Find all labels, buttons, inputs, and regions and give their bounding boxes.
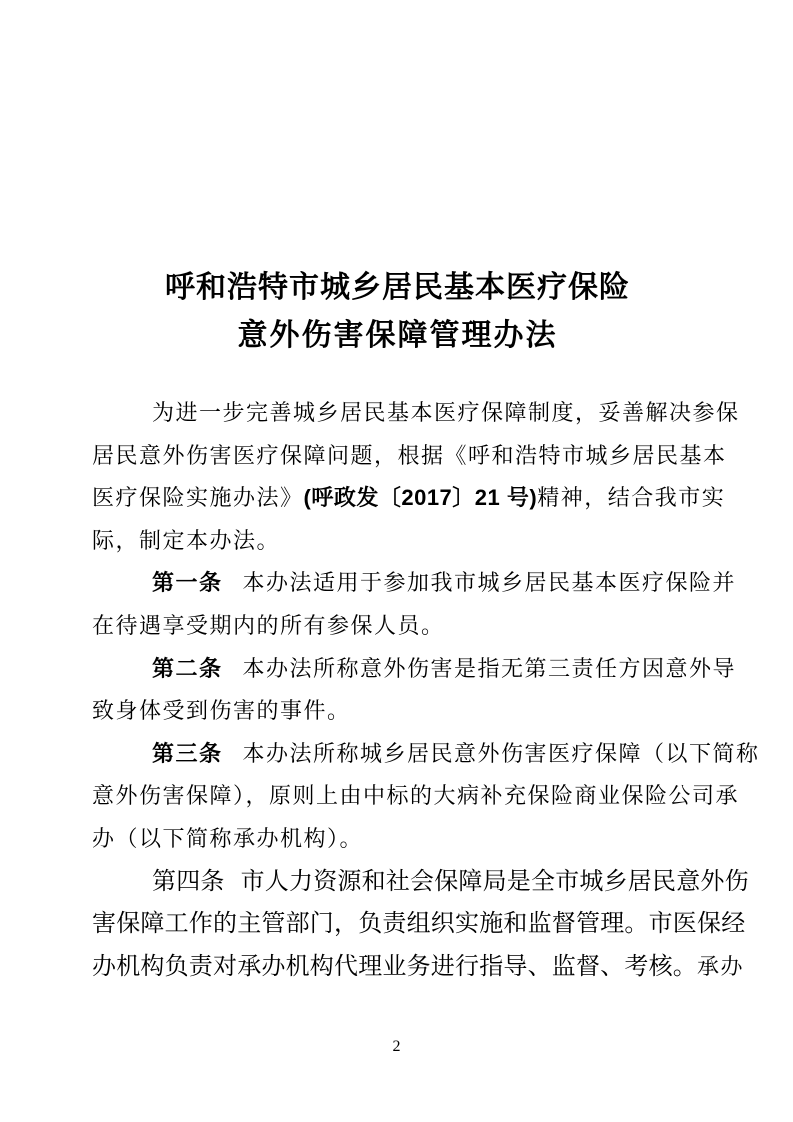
doc-title-line-2: 意外伤害保障管理办法	[92, 312, 703, 360]
article-4-line-1: 市人力资源和社会保障局是全市城乡居民意外伤	[241, 868, 749, 895]
text-line: 第三条本办法所称城乡居民意外伤害医疗保障（以下简称	[92, 733, 703, 776]
text-line: 第一条本办法适用于参加我市城乡居民基本医疗保险并	[92, 562, 703, 605]
article-1-line-1: 本办法适用于参加我市城乡居民基本医疗保险并	[243, 570, 737, 595]
document-citation: (呼政发〔2017〕21 号)	[304, 485, 538, 510]
article-3-label: 第三条	[152, 741, 223, 766]
intro-line-3-post: 精神，结合我市实	[537, 485, 725, 510]
article-4-line-3: 办机构负责对承办机构代理业务进行指导、监督、考核。	[92, 953, 697, 980]
text-line: 为进一步完善城乡居民基本医疗保障制度，妥善解决参保	[92, 392, 703, 435]
article-1-label: 第一条	[152, 570, 223, 595]
article-2-line-2: 致身体受到伤害的事件。	[92, 698, 351, 723]
text-line: 第四条市人力资源和社会保障局是全市城乡居民意外伤	[92, 861, 703, 904]
intro-line-4: 际，制定本办法。	[92, 528, 280, 553]
paragraph-article-3: 第三条本办法所称城乡居民意外伤害医疗保障（以下简称 意外伤害保障），原则上由中标…	[92, 733, 703, 861]
doc-body: 为进一步完善城乡居民基本医疗保障制度，妥善解决参保 居民意外伤害医疗保障问题，根…	[92, 392, 703, 988]
paragraph-article-4: 第四条市人力资源和社会保障局是全市城乡居民意外伤 害保障工作的主管部门，负责组织…	[92, 861, 703, 989]
doc-title: 呼和浩特市城乡居民基本医疗保险 意外伤害保障管理办法	[92, 0, 703, 360]
text-line: 害保障工作的主管部门，负责组织实施和监督管理。市医保经	[92, 903, 703, 946]
text-line: 第二条本办法所称意外伤害是指无第三责任方因意外导	[92, 648, 703, 691]
intro-line-1: 为进一步完善城乡居民基本医疗保障制度，妥善解决参保	[152, 400, 740, 425]
article-2-line-1: 本办法所称意外伤害是指无第三责任方因意外导	[243, 656, 737, 681]
text-line: 在待遇享受期内的所有参保人员。	[92, 605, 703, 648]
text-line: 办机构负责对承办机构代理业务进行指导、监督、考核。承办	[92, 946, 703, 989]
article-3-line-2: 意外伤害保障），原则上由中标的大病补充保险商业保险公司承	[92, 783, 739, 808]
paragraph-intro: 为进一步完善城乡居民基本医疗保障制度，妥善解决参保 居民意外伤害医疗保障问题，根…	[92, 392, 703, 562]
page-content: 呼和浩特市城乡居民基本医疗保险 意外伤害保障管理办法 为进一步完善城乡居民基本医…	[0, 0, 793, 988]
article-3-line-3: 办（以下简称承办机构）。	[92, 826, 363, 851]
page-number: 2	[0, 1038, 793, 1056]
article-3-line-1: 本办法所称城乡居民意外伤害医疗保障（以下简称	[243, 741, 760, 766]
document-page: 呼和浩特市城乡居民基本医疗保险 意外伤害保障管理办法 为进一步完善城乡居民基本医…	[0, 0, 793, 1122]
text-line: 际，制定本办法。	[92, 520, 703, 563]
article-4-line-3-tail: 承办	[697, 954, 744, 979]
doc-title-line-1: 呼和浩特市城乡居民基本医疗保险	[92, 264, 703, 312]
intro-line-2: 居民意外伤害医疗保障问题，根据《呼和浩特市城乡居民基本	[92, 443, 727, 468]
article-4-line-2: 害保障工作的主管部门，负责组织实施和监督管理。市医保经	[92, 910, 745, 937]
article-4-label: 第四条	[152, 868, 225, 895]
text-line: 居民意外伤害医疗保障问题，根据《呼和浩特市城乡居民基本	[92, 435, 703, 478]
paragraph-article-2: 第二条本办法所称意外伤害是指无第三责任方因意外导 致身体受到伤害的事件。	[92, 648, 703, 733]
paragraph-article-1: 第一条本办法适用于参加我市城乡居民基本医疗保险并 在待遇享受期内的所有参保人员。	[92, 562, 703, 647]
text-line: 办（以下简称承办机构）。	[92, 818, 703, 861]
text-line: 医疗保险实施办法》(呼政发〔2017〕21 号)精神，结合我市实	[92, 477, 703, 520]
intro-line-3-pre: 医疗保险实施办法》	[92, 485, 304, 510]
article-1-line-2: 在待遇享受期内的所有参保人员。	[92, 613, 445, 638]
article-2-label: 第二条	[152, 656, 223, 681]
text-line: 意外伤害保障），原则上由中标的大病补充保险商业保险公司承	[92, 775, 703, 818]
text-line: 致身体受到伤害的事件。	[92, 690, 703, 733]
